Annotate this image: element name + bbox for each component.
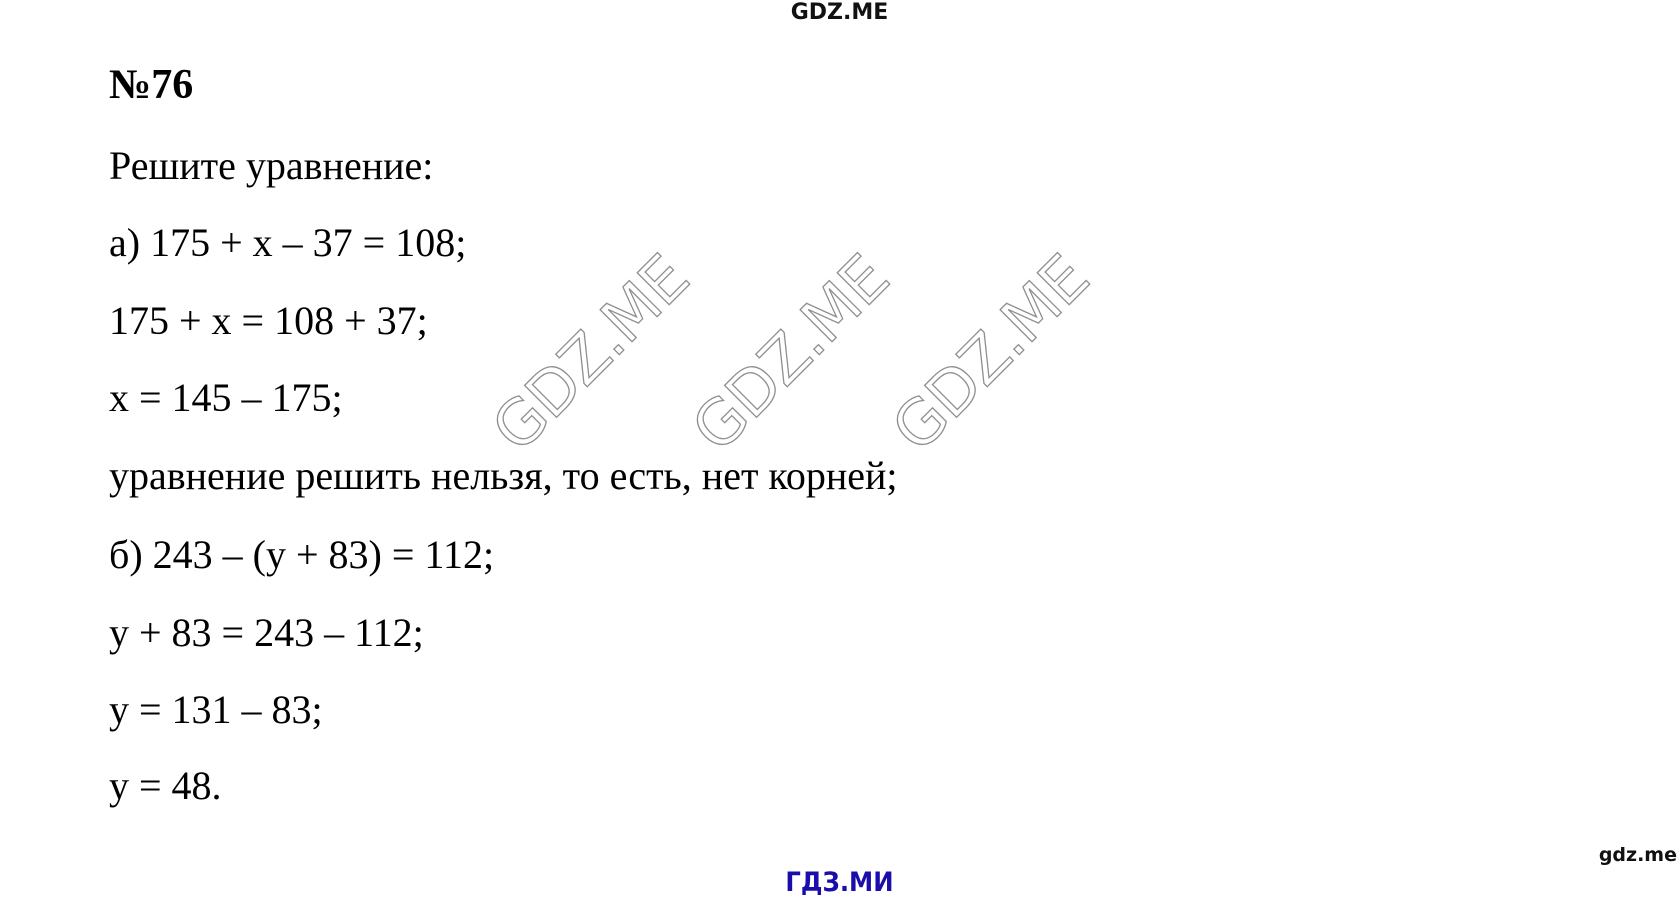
solution-line: y = 48. <box>109 763 222 809</box>
solution-line: y + 83 = 243 – 112; <box>109 610 424 656</box>
footer-brand-link[interactable]: ГДЗ.МИ <box>84 868 1595 898</box>
problem-number: №76 <box>109 61 193 109</box>
solution-line: уравнение решить нельзя, то есть, нет ко… <box>109 453 898 499</box>
problem-instruction: Решите уравнение: <box>109 143 433 189</box>
site-header-label: GDZ.ME <box>0 0 1679 26</box>
watermark-logo: GDZ.ME <box>682 245 899 462</box>
watermark-logo: GDZ.ME <box>882 245 1099 462</box>
solution-line: б) 243 – (y + 83) = 112; <box>109 532 494 578</box>
solution-line: y = 131 – 83; <box>109 687 323 733</box>
watermark-logo: GDZ.ME <box>482 245 699 462</box>
footer-site-label: gdz.me <box>1599 844 1677 866</box>
solution-line: 175 + x = 108 + 37; <box>109 298 428 344</box>
solution-line: x = 145 – 175; <box>109 375 343 421</box>
solution-line: а) 175 + x – 37 = 108; <box>109 220 466 266</box>
